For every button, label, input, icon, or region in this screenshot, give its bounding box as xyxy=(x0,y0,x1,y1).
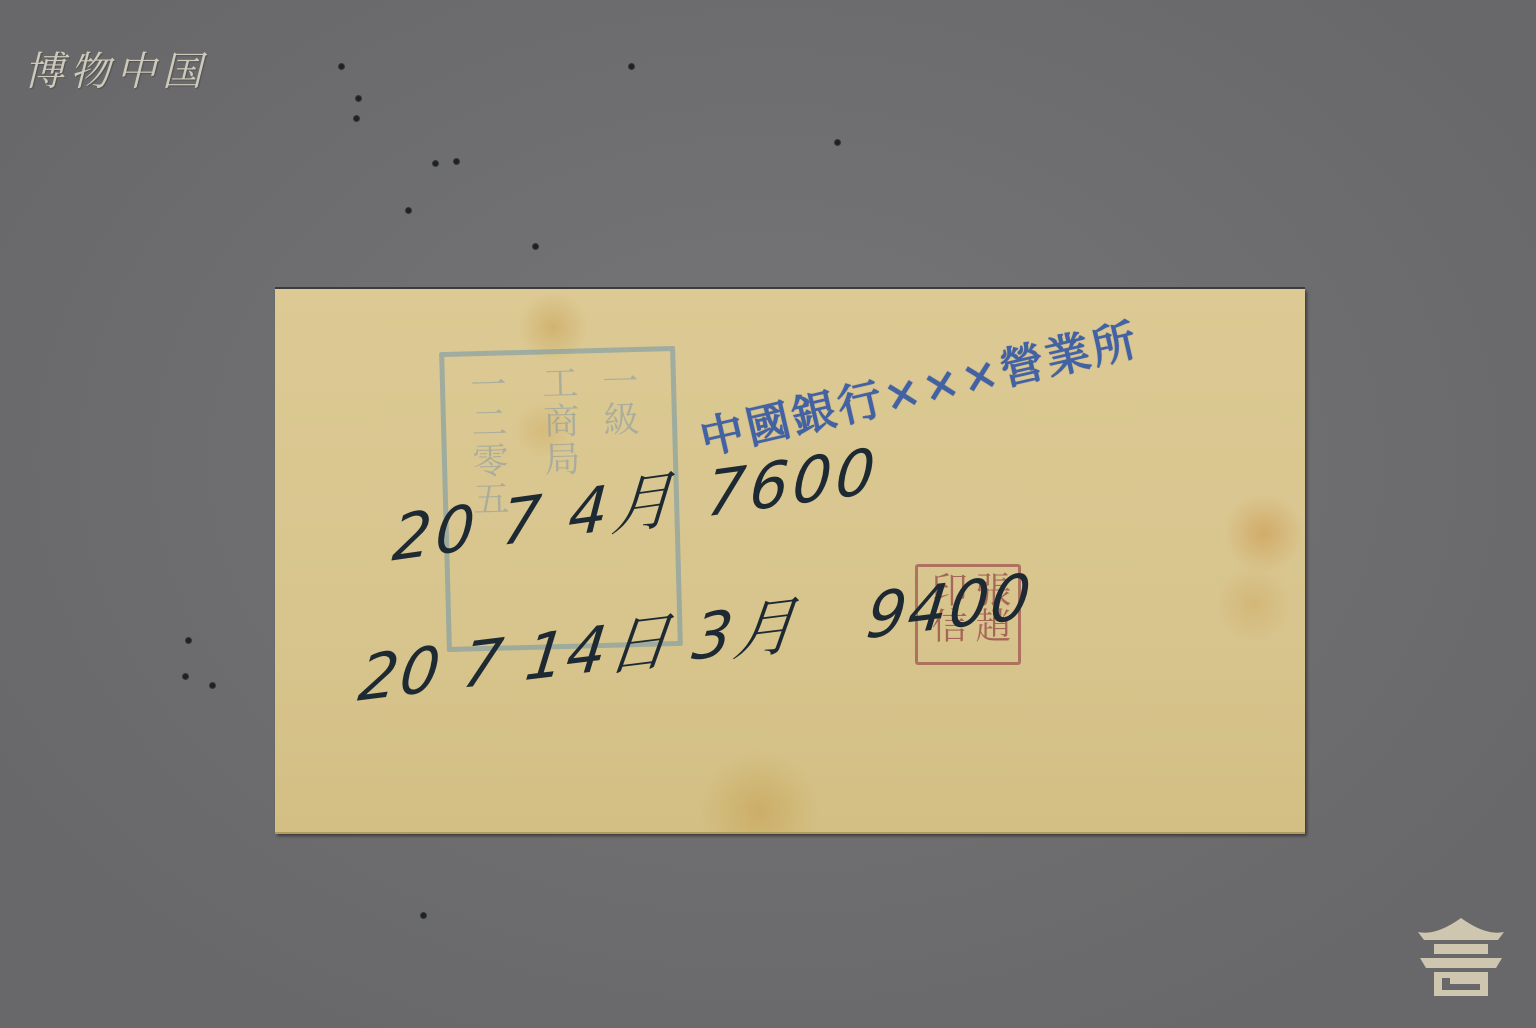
pin-hole xyxy=(628,63,635,70)
pin-hole xyxy=(209,682,216,689)
pin-hole xyxy=(420,912,427,919)
pin-hole xyxy=(355,95,362,102)
pin-hole xyxy=(834,139,841,146)
pin-hole xyxy=(182,673,189,680)
handwritten-amount: 7600 xyxy=(704,433,881,532)
pin-hole xyxy=(185,637,192,644)
pin-hole xyxy=(353,115,360,122)
pin-hole xyxy=(432,160,439,167)
pin-hole xyxy=(338,63,345,70)
pin-hole xyxy=(405,207,412,214)
pavilion-logo-icon xyxy=(1416,914,1506,1000)
handwritten-date: 20 7 14日 3月 xyxy=(355,587,803,716)
pin-hole xyxy=(532,243,539,250)
watermark: 博物中国 xyxy=(24,40,208,97)
receipt-paper: 一級 工商局 一二零五 中國銀行×××營業所 張趙印信 20 7 4月7600 … xyxy=(275,289,1305,834)
pin-hole xyxy=(453,158,460,165)
